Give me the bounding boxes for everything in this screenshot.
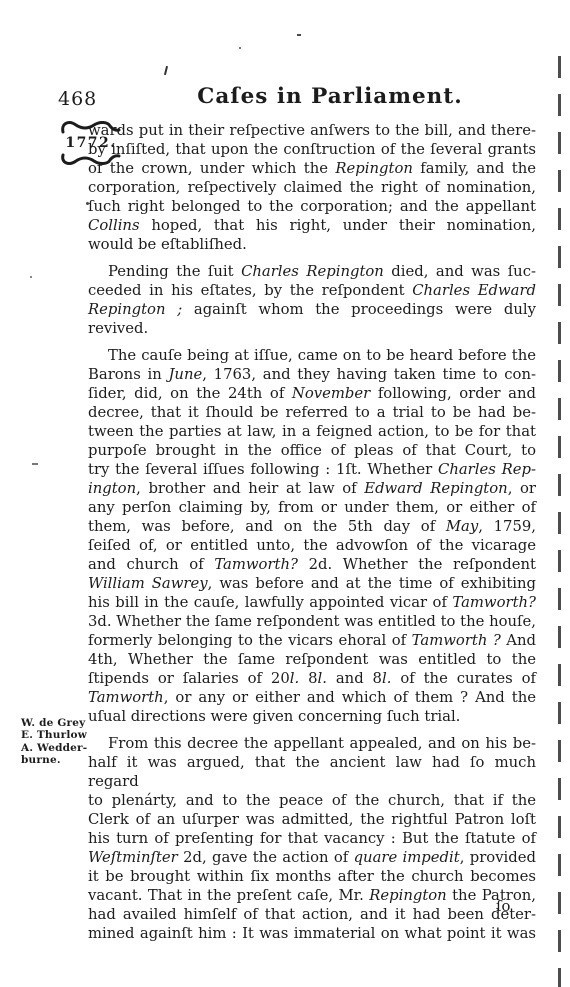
text-line: The cauſe being at iſſue, came on to be …	[88, 346, 536, 365]
margin-note-line: A. Wedder-	[21, 742, 91, 754]
text-line: Weſtminſter 2d, gave the action of quare…	[88, 848, 536, 867]
margin-note-line: W. de Grey	[21, 717, 91, 729]
text-line: Clerk of an uſurper was admitted, the ri…	[88, 810, 536, 829]
text-line: try the ſeveral iſſues following : 1ſt. …	[88, 460, 536, 479]
ink-speck	[86, 202, 89, 205]
page-number: 468	[58, 88, 97, 110]
text-line: half it was argued, that the ancient law…	[88, 753, 536, 791]
text-line: Barons in June, 1763, and they having ta…	[88, 365, 536, 384]
text-line: wards put in their reſpective anſwers to…	[88, 121, 536, 140]
text-line: ſtipends or ſalaries of 20l. 8l. and 8l.…	[88, 669, 536, 688]
text-line: corporation, reſpectively claimed the ri…	[88, 178, 536, 197]
text-line: ington, brother and heir at law of Edwar…	[88, 479, 536, 498]
body-text: wards put in their reſpective anſwers to…	[88, 121, 536, 951]
running-title: Caſes in Parliament.	[140, 84, 520, 109]
text-line: by inſiſted, that upon the conſtruction …	[88, 140, 536, 159]
paragraph: From this decree the appellant appealed,…	[88, 734, 536, 944]
ink-speck	[297, 34, 301, 36]
text-line: uſual directions were given concerning ſ…	[88, 707, 536, 726]
text-line: decree, that it ſhould be referred to a …	[88, 403, 536, 422]
text-line: From this decree the appellant appealed,…	[88, 734, 536, 753]
margin-note-judges: W. de GreyE. ThurlowA. Wedder-burne.	[21, 717, 91, 767]
binding-edge-strip	[558, 56, 561, 987]
text-line: would be eſtabliſhed.	[88, 235, 536, 254]
text-line: 3d. Whether the ſame reſpondent was enti…	[88, 612, 536, 631]
text-line: ſuch right belonged to the corporation; …	[88, 197, 536, 216]
catchword: ſo	[496, 898, 510, 915]
text-line: 4th, Whether the ſame reſpondent was ent…	[88, 650, 536, 669]
text-line: to plenárty, and to the peace of the chu…	[88, 791, 536, 810]
text-line: ſeiſed of, or entitled unto, the advowſo…	[88, 536, 536, 555]
text-line: Pending the ſuit Charles Repington died,…	[88, 262, 536, 281]
ink-speck	[32, 463, 38, 465]
text-line: and church of Tamworth? 2d. Whether the …	[88, 555, 536, 574]
text-line: Repington ; againſt whom the proceedings…	[88, 300, 536, 338]
text-line: them, was before, and on the 5th day of …	[88, 517, 536, 536]
ink-speck	[239, 47, 241, 49]
text-line: any perſon claiming by, from or under th…	[88, 498, 536, 517]
text-line: his turn of preſenting for that vacancy …	[88, 829, 536, 848]
paragraph: The cauſe being at iſſue, came on to be …	[88, 346, 536, 727]
margin-note-line: E. Thurlow	[21, 729, 91, 741]
text-line: formerly belonging to the vicars ehoral …	[88, 631, 536, 650]
text-line: tween the parties at law, in a feigned a…	[88, 422, 536, 441]
text-line: purpoſe brought in the office of pleas o…	[88, 441, 536, 460]
text-line: had availed himſelf of that action, and …	[88, 905, 536, 924]
text-line: it be brought within ſix months after th…	[88, 867, 536, 886]
text-line: mined againſt him : It was immaterial on…	[88, 924, 536, 943]
ink-speck	[164, 66, 168, 75]
ink-speck	[30, 276, 32, 278]
text-line: of the crown, under which the Repington …	[88, 159, 536, 178]
paragraph: wards put in their reſpective anſwers to…	[88, 121, 536, 254]
text-line: Collins hoped, that his right, under the…	[88, 216, 536, 235]
margin-note-line: burne.	[21, 754, 91, 766]
paragraph: Pending the ſuit Charles Repington died,…	[88, 262, 536, 338]
text-line: his bill in the cauſe, lawfully appointe…	[88, 593, 536, 612]
book-page: 468 Caſes in Parliament. 1772. W. de Gre…	[0, 0, 570, 987]
text-line: vacant. That in the preſent caſe, Mr. Re…	[88, 886, 536, 905]
text-line: Tamworth, or any or either and which of …	[88, 688, 536, 707]
text-line: ſider, did, on the 24th of November foll…	[88, 384, 536, 403]
text-line: ceeded in his eſtates, by the reſpondent…	[88, 281, 536, 300]
text-line: William Sawrey, was before and at the ti…	[88, 574, 536, 593]
